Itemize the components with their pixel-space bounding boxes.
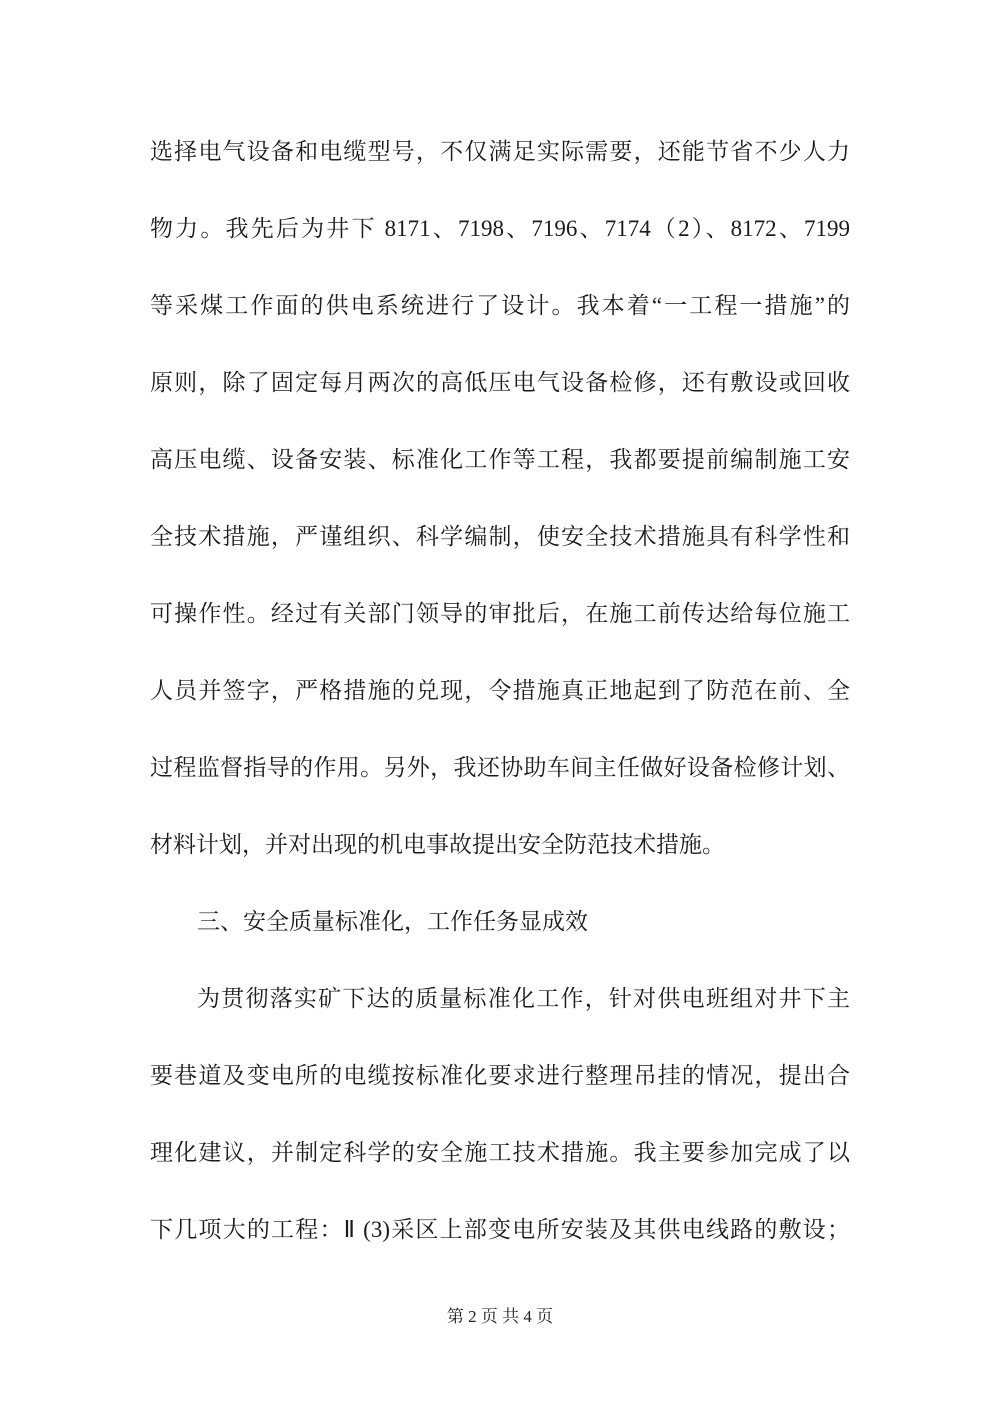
text-line: 可操作性。经过有关部门领导的审批后，在施工前传达给每位施工	[150, 575, 850, 652]
paragraph-end-line: 材料计划，并对出现的机电事故提出安全防范技术措施。	[150, 806, 850, 883]
text-line: 过程监督指导的作用。另外，我还协助车间主任做好设备检修计划、	[150, 729, 850, 806]
text-line: 理化建议，并制定科学的安全施工技术措施。我主要参加完成了以	[150, 1114, 850, 1191]
page-footer: 第 2 页 共 4 页	[0, 1302, 1000, 1332]
document-body: 选择电气设备和电缆型号，不仅满足实际需要，还能节省不少人力 物力。我先后为井下 …	[150, 113, 850, 1268]
text-line: 物力。我先后为井下 8171、7198、7196、7174（2）、8172、71…	[150, 190, 850, 267]
text-line: 高压电缆、设备安装、标准化工作等工程，我都要提前编制施工安	[150, 421, 850, 498]
section-heading: 三、安全质量标准化，工作任务显成效	[150, 883, 850, 960]
document-page: 选择电气设备和电缆型号，不仅满足实际需要，还能节省不少人力 物力。我先后为井下 …	[0, 0, 1000, 1415]
text-line: 全技术措施，严谨组织、科学编制，使安全技术措施具有科学性和	[150, 498, 850, 575]
text-line: 为贯彻落实矿下达的质量标准化工作，针对供电班组对井下主	[150, 960, 850, 1037]
text-line: 原则，除了固定每月两次的高低压电气设备检修，还有敷设或回收	[150, 344, 850, 421]
text-line: 要巷道及变电所的电缆按标准化要求进行整理吊挂的情况，提出合	[150, 1037, 850, 1114]
text-line: 下几项大的工程：Ⅱ (3)采区上部变电所安装及其供电线路的敷设；	[150, 1191, 850, 1268]
text-line: 人员并签字，严格措施的兑现，令措施真正地起到了防范在前、全	[150, 652, 850, 729]
text-line: 等采煤工作面的供电系统进行了设计。我本着“一工程一措施”的	[150, 267, 850, 344]
text-line: 选择电气设备和电缆型号，不仅满足实际需要，还能节省不少人力	[150, 113, 850, 190]
